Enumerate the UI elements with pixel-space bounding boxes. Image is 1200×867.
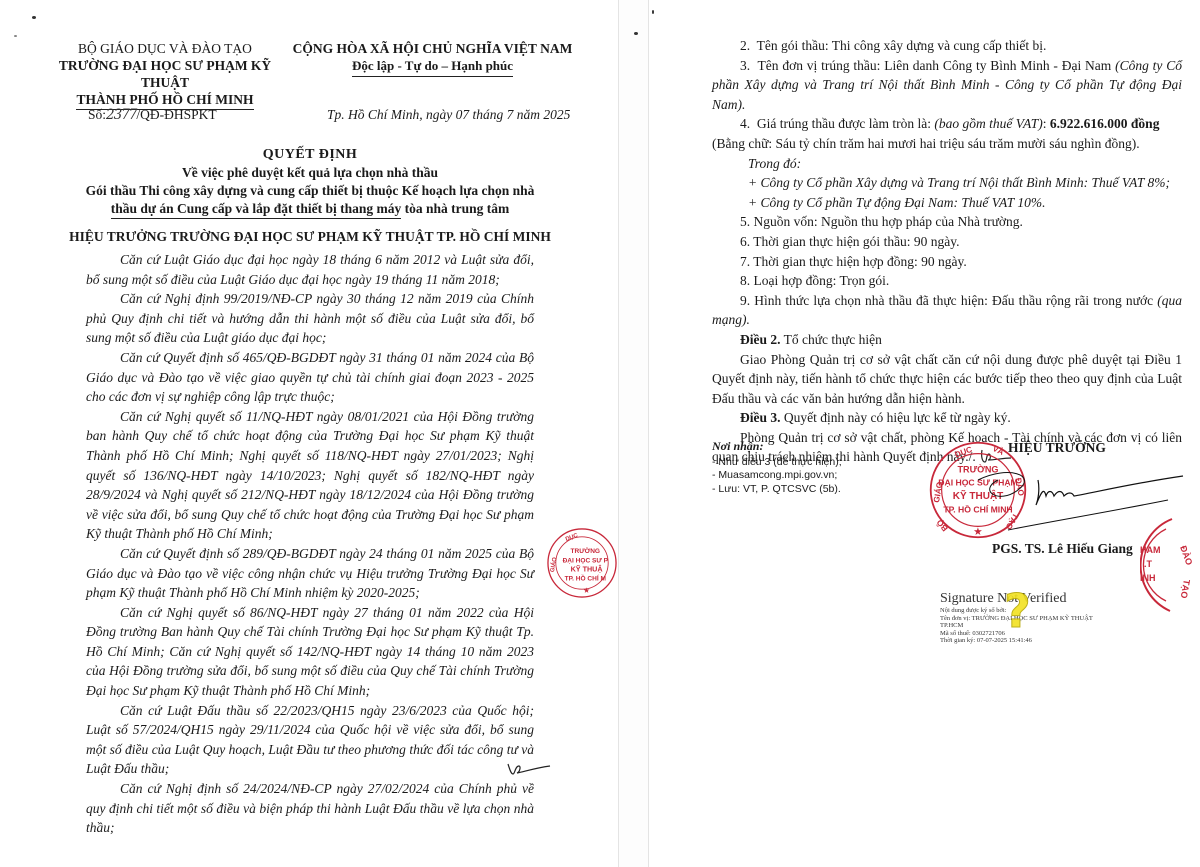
item-label: Giá trúng thầu được làm tròn là: [757,116,935,131]
legal-basis-item: Căn cứ Nghị quyết số 86/NQ-HĐT ngày 27 t… [86,603,534,701]
page-edge [648,0,649,867]
university-name: TRƯỜNG ĐẠI HỌC SƯ PHẠM KỸ THUẬT [34,57,296,91]
ministry-name: BỘ GIÁO DỤC VÀ ĐÀO TẠO [34,40,296,57]
national-header: CỘNG HÒA XÃ HỘI CHỦ NGHĨA VIỆT NAM Độc l… [290,40,575,77]
subtitle-underlined: thầu dự án Cung cấp và lắp đặt thiết bị … [111,200,402,219]
page-edge [618,0,619,867]
partial-seal-stamp-icon: HAM .T INH ĐÀO TẠO [1140,515,1200,615]
legal-basis-list: Căn cứ Luật Giáo dục đại học ngày 18 thá… [86,250,534,838]
decision-title-block: QUYẾT ĐỊNH Về việc phê duyệt kết quả lựa… [60,146,560,219]
initials-signature-icon [505,760,555,778]
document-page-1: BỘ GIÁO DỤC VÀ ĐÀO TẠO TRƯỜNG ĐẠI HỌC SƯ… [0,0,618,867]
article-2-heading: Điều 2. Tổ chức thực hiện [712,330,1182,350]
legal-basis-item: Căn cứ Quyết định số 289/QĐ-BGDĐT ngày 2… [86,544,534,603]
doc-number-prefix: Số: [88,107,106,122]
official-seal-left-stamp-icon: TRƯỜNG ĐẠI HỌC SƯ P KỸ THUẬ TP. HỒ CHÍ M… [546,508,618,618]
legal-basis-item: Căn cứ Luật Đấu thầu số 22/2023/QH15 ngà… [86,701,534,779]
svg-text:ĐẠI HỌC SƯ P: ĐẠI HỌC SƯ P [563,557,609,564]
legal-basis-item: Căn cứ Luật Giáo dục đại học ngày 18 thá… [86,250,534,289]
article-2-title: Tổ chức thực hiện [781,332,882,347]
item-8: 8. Loại hợp đồng: Trọn gói. [712,271,1182,291]
svg-text:TP. HỒ CHÍ M: TP. HỒ CHÍ M [565,573,606,583]
item-7: 7. Thời gian thực hiện hợp đồng: 90 ngày… [712,252,1182,272]
recipient-item: - Lưu: VT, P. QTCSVC (5b). [712,483,842,497]
article-3-label: Điều 3. [740,410,781,425]
item-4: 4. Giá trúng thầu được làm tròn là: (bao… [712,114,1182,134]
article-2-body: Giao Phòng Quản trị cơ sở vật chất căn c… [712,350,1182,409]
svg-text:TẠO: TẠO [1179,579,1192,599]
svg-text:DỤC: DỤC [565,533,580,543]
decision-subtitle-2: Gói thầu Thi công xây dựng và cung cấp t… [60,182,560,200]
decision-subtitle-3: thầu dự án Cung cấp và lắp đặt thiết bị … [60,200,560,219]
signer-name: PGS. TS. Lê Hiếu Giang [992,541,1133,557]
page-gutter [618,0,648,867]
national-title: CỘNG HÒA XÃ HỘI CHỦ NGHĨA VIỆT NAM [290,40,575,57]
legal-basis-item: Căn cứ Nghị quyết số 11/NQ-HĐT ngày 08/0… [86,407,534,544]
item-value: Thi công xây dựng và cung cấp thiết bị. [832,38,1047,53]
item-9: 9. Hình thức lựa chọn nhà thầu đã thực h… [712,291,1182,330]
svg-text:BỘ: BỘ [933,517,950,534]
item-5: 5. Nguồn vốn: Nguồn thu hợp pháp của Nhà… [712,212,1182,232]
item-number: 4. [740,116,750,131]
scan-speck [652,10,654,14]
winning-bidder: Liên danh Công ty Bình Minh - Đại Nam [884,58,1115,73]
item-3: 3. Tên đơn vị trúng thầu: Liên danh Công… [712,56,1182,115]
article-3-title: Quyết định này có hiệu lực kể từ ngày ký… [781,410,1011,425]
item-label: Tên đơn vị trúng thầu: [758,58,885,73]
signature-detail: Tên đơn vị: TRƯỜNG ĐẠI HỌC SƯ PHẠM KỸ TH… [940,615,1140,623]
doc-number-suffix: /QĐ-ĐHSPKT [136,107,216,122]
partial-stamp-line: INH [1140,573,1156,583]
issuing-authority: HIỆU TRƯỞNG TRƯỜNG ĐẠI HỌC SƯ PHẠM KỸ TH… [60,229,560,245]
svg-text:KỸ THUẬ: KỸ THUẬ [571,565,603,574]
item-6: 6. Thời gian thực hiện gói thầu: 90 ngày… [712,232,1182,252]
digital-signature-block[interactable]: Signature Not Verified Nội dung được ký … [940,591,1140,645]
recipients-heading: Nơi nhận: [712,440,842,454]
subtitle-tail: tòa nhà trung tâm [401,201,509,216]
item-number: 3. [740,58,750,73]
legal-basis-item: Căn cứ Quyết định số 465/QĐ-BGDĐT ngày 3… [86,348,534,407]
scan-speck [634,32,638,35]
decision-title: QUYẾT ĐỊNH [60,146,560,164]
legal-basis-item: Căn cứ Nghị định 99/2019/NĐ-CP ngày 30 t… [86,289,534,348]
amount-in-words: (Bằng chữ: Sáu tỷ chín trăm hai mươi hai… [712,134,1182,154]
unverified-question-mark-icon[interactable]: ? [1004,584,1031,638]
issue-date: Tp. Hồ Chí Minh, ngày 07 tháng 7 năm 202… [327,107,570,123]
recipients-block: Nơi nhận: - Như điều 3 (để thực hiện); -… [712,440,842,496]
svg-text:TRƯỜNG: TRƯỜNG [571,546,601,555]
signature-detail: Nội dung được ký số bởi: [940,607,1140,615]
signature-detail: Mã số thuế: 0302721706 [940,630,1140,638]
item-9-text: 9. Hình thức lựa chọn nhà thầu đã thực h… [740,293,1157,308]
scan-speck [14,35,17,37]
item-2: 2. Tên gói thầu: Thi công xây dựng và cu… [712,36,1182,56]
signature-status: Signature Not Verified [940,591,1140,607]
vat-note: (bao gồm thuế VAT) [934,116,1042,131]
breakdown-heading: Trong đó: [712,154,1182,174]
item-number: 2. [740,38,750,53]
recipient-item: - Như điều 3 (để thực hiện); [712,456,842,470]
legal-basis-item: Căn cứ Nghị định số 24/2024/NĐ-CP ngày 2… [86,779,534,838]
article-2-label: Điều 2. [740,332,781,347]
partial-stamp-line: .T [1144,559,1153,569]
item-label: Tên gói thầu: [757,38,832,53]
vat-line-2: + Công ty Cổ phần Tự động Đại Nam: Thuế … [712,193,1182,213]
recipient-item: - Muasamcong.mpi.gov.vn; [712,469,842,483]
document-number: Số:2377/QĐ-ĐHSPKT [88,107,217,123]
svg-text:ĐÀO: ĐÀO [1178,544,1194,566]
decision-articles: 2. Tên gói thầu: Thi công xây dựng và cu… [712,36,1182,467]
national-motto: Độc lập - Tự do – Hạnh phúc [352,57,513,77]
issuing-authority-header: BỘ GIÁO DỤC VÀ ĐÀO TẠO TRƯỜNG ĐẠI HỌC SƯ… [34,40,296,110]
article-3-heading: Điều 3. Quyết định này có hiệu lực kể từ… [712,408,1182,428]
winning-bid-amount: 6.922.616.000 đồng [1050,116,1160,131]
vat-line-1: + Công ty Cổ phần Xây dựng và Trang trí … [712,173,1182,193]
decision-subtitle-1: Về việc phê duyệt kết quả lựa chọn nhà t… [60,164,560,182]
scan-speck [32,16,36,19]
partial-stamp-line: HAM [1140,545,1161,555]
doc-number-handwritten: 2377 [106,107,136,123]
signature-detail: TP.HCM [940,622,1140,630]
signature-detail: Thời gian ký: 07-07-2025 15:41:46 [940,637,1140,645]
